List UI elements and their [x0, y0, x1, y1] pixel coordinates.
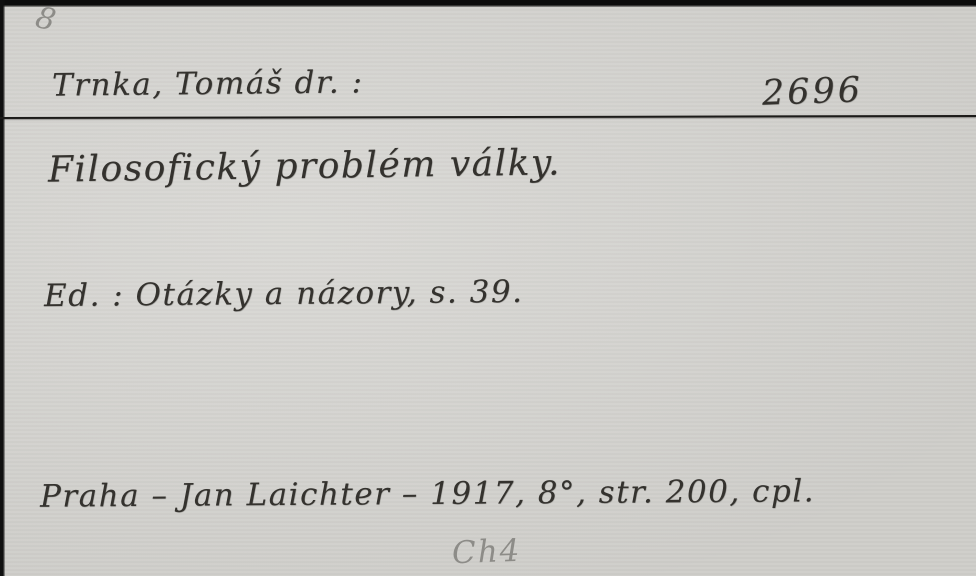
scan-edge-top [0, 0, 976, 7]
author-heading: Trnka, Tomáš dr. : [52, 64, 364, 103]
shelf-mark: Ch4 [451, 533, 522, 571]
catalog-card: 8 Trnka, Tomáš dr. : 2696 Filosofický pr… [0, 0, 976, 576]
scan-edge-left [0, 0, 5, 576]
catalog-number: 2696 [761, 70, 863, 114]
series-note: Ed. : Otázky a názory, s. 39. [44, 274, 524, 314]
ruled-line [0, 115, 976, 119]
imprint-line: Praha – Jan Laichter – 1917, 8°, str. 20… [40, 473, 815, 514]
work-title: Filosofický problém války. [48, 142, 561, 190]
